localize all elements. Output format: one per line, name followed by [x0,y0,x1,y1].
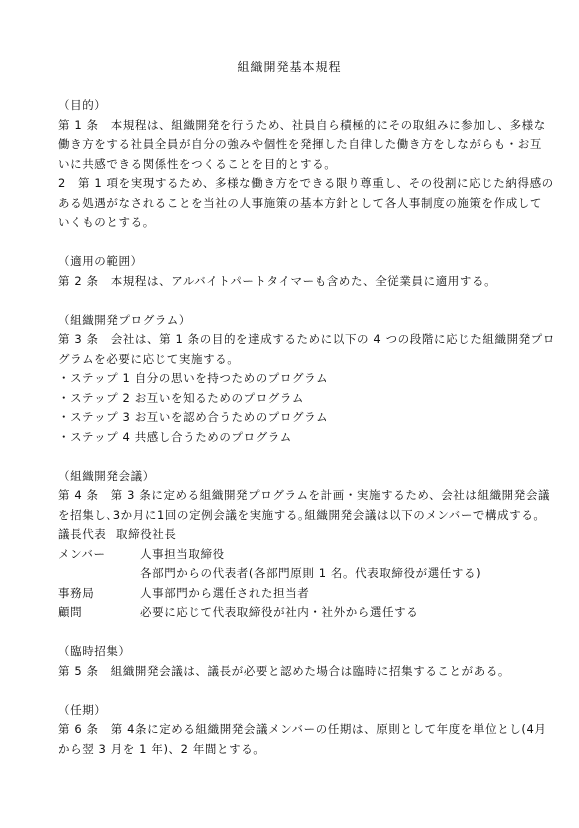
article-3-line-2: グラムを必要に応じて実施する。 [58,350,528,370]
section-heading-extraordinary: （臨時招集） [58,642,528,662]
member-label: 議長代表 [58,525,116,545]
step-2-item: ・ステップ 2 お互いを知るためのプログラム [58,389,528,409]
section-heading-program: （組織開発プログラム） [58,311,528,331]
article-3-line-1: 第 3 条 会社は、第 1 条の目的を達成するために以下の 4 つの段階に応じた… [58,330,528,350]
article-5-line-1: 第 5 条 組織開発会議は、議長が必要と認めた場合は臨時に招集することがある。 [58,662,528,682]
article-4-line-1: 第 4 条 第 3 条に定める組織開発プログラムを計画・実施するため、会社は組織… [58,486,528,506]
step-4-item: ・ステップ 4 共感し合うためのプログラム [58,428,528,448]
member-value: 取締役社長 [116,525,177,545]
article-2-line-1: 第 2 条 本規程は、アルバイトパートタイマーも含めた、全従業員に適用する。 [58,272,528,292]
document-page: 組織開発基本規程 （目的） 第 1 条 本規程は、組織開発を行うため、社員自ら積… [0,0,579,828]
spacer [58,291,528,311]
article-1-para-2-line-3: いくものとする。 [58,213,528,233]
article-4-line-2: を招集し､3か月に1回の定例会議を実施する｡組織開発会議は以下のメンバーで構成す… [58,506,528,526]
section-heading-scope: （適用の範囲） [58,252,528,272]
article-1-line-3: いに共感できる関係性をつくることを目的とする。 [58,155,528,175]
member-value: 各部門からの代表者(各部門原則 1 名。代表取締役が選任する) [140,564,481,584]
article-1-line-1: 第 1 条 本規程は、組織開発を行うため、社員自ら積極的にその取組みに参加し、多… [58,116,528,136]
member-value: 必要に応じて代表取締役が社内・社外から選任する [140,603,418,623]
member-label [58,564,140,584]
member-label: メンバー [58,545,140,565]
article-1-para-2-line-2: ある処遇がなされることを当社の人事施策の基本方針として各人事制度の施策を作成して [58,194,528,214]
section-heading-purpose: （目的） [58,96,528,116]
spacer [58,233,528,253]
member-value: 人事担当取締役 [140,545,225,565]
document-body: （目的） 第 1 条 本規程は、組織開発を行うため、社員自ら積極的にその取組みに… [58,96,528,759]
member-row-advisor: 顧問 必要に応じて代表取締役が社内・社外から選任する [58,603,528,623]
member-row-members: メンバー 人事担当取締役 [58,545,528,565]
article-6-line-1: 第 6 条 第 4条に定める組織開発会議メンバーの任期は、原則として年度を単位と… [58,720,528,740]
member-label: 事務局 [58,584,140,604]
member-label: 顧問 [58,603,140,623]
article-1-para-2-line-1: 2 第 1 項を実現するため、多様な働き方をできる限り尊重し、その役割に応じた納… [58,174,528,194]
member-row-representatives: 各部門からの代表者(各部門原則 1 名。代表取締役が選任する) [58,564,528,584]
article-1-line-2: 働き方をする社員全員が自分の強みや個性を発揮した自律した働き方をしながらも・お互 [58,135,528,155]
spacer [58,681,528,701]
step-3-item: ・ステップ 3 お互いを認め合うためのプログラム [58,408,528,428]
spacer [58,623,528,643]
section-heading-council: （組織開発会議） [58,467,528,487]
section-heading-term: （任期） [58,701,528,721]
member-row-chair: 議長代表 取締役社長 [58,525,528,545]
member-value: 人事部門から選任された担当者 [140,584,309,604]
article-6-line-2: から翌 3 月を 1 年)、2 年間とする。 [58,740,528,760]
spacer [58,447,528,467]
member-row-secretariat: 事務局 人事部門から選任された担当者 [58,584,528,604]
step-1-item: ・ステップ 1 自分の思いを持つためのプログラム [58,369,528,389]
document-title: 組織開発基本規程 [0,58,579,75]
